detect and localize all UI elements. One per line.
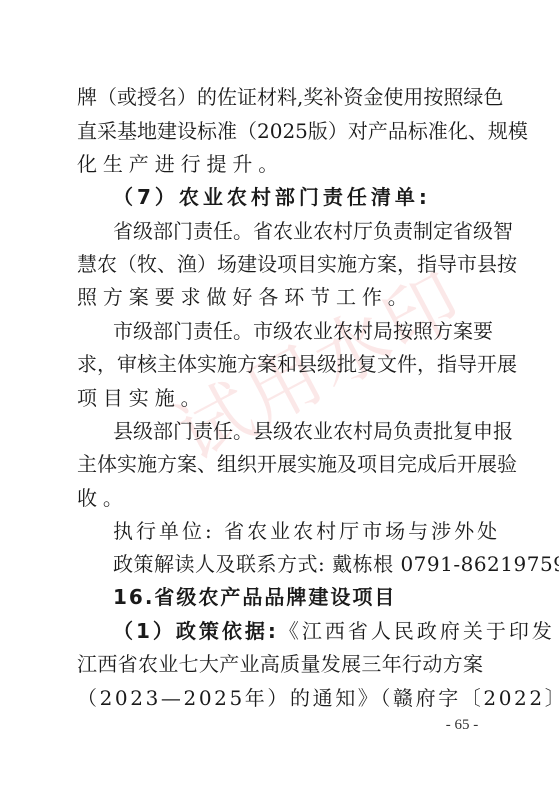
body-line: 照方案要求做好各环节工作。 xyxy=(77,282,483,312)
body-line: 收。 xyxy=(77,483,483,513)
policy-basis-line: （1）政策依据:《江西省人民政府关于印发 xyxy=(113,616,483,646)
document-page: 试用水印 牌（或授名）的佐证材料,奖补资金使用按照绿色 直采基地建设标准（202… xyxy=(0,0,559,793)
body-line: 求，审核主体实施方案和县级批复文件，指导开展 xyxy=(77,349,483,379)
body-line: 主体实施方案、组织开展实施及项目完成后开展验 xyxy=(77,449,483,479)
body-line: 牌（或授名）的佐证材料,奖补资金使用按照绿色 xyxy=(77,82,483,112)
body-line: 江西省农业七大产业高质量发展三年行动方案 xyxy=(77,649,483,679)
body-line: 慧农（牧、渔）场建设项目实施方案，指导市县按 xyxy=(77,249,483,279)
body-line: 项目实施。 xyxy=(77,383,483,413)
body-line: 直采基地建设标准（2025版）对产品标准化、规模 xyxy=(77,116,483,146)
section-heading-responsibility: （7）农业农村部门责任清单: xyxy=(113,182,483,212)
policy-basis-text: 《江西省人民政府关于印发 xyxy=(279,619,555,643)
section-heading-brand-project: 16.省级农产品品牌建设项目 xyxy=(113,582,483,612)
body-line: 省级部门责任。省农业农村厅负责制定省级智 xyxy=(113,216,483,246)
body-line: 化生产进行提升。 xyxy=(77,149,483,179)
body-line: 县级部门责任。县级农业农村局负责批复申报 xyxy=(113,416,483,446)
body-line: （2023—2025年）的通知》（赣府字〔2022〕45 xyxy=(77,683,483,713)
body-line: 市级部门责任。市级农业农村局按照方案要 xyxy=(113,316,483,346)
policy-basis-label: （1）政策依据: xyxy=(113,619,279,643)
page-number: - 65 - xyxy=(437,714,487,736)
policy-contact: 政策解读人及联系方式: 戴栋根 0791-86219759 xyxy=(113,549,483,579)
executing-unit: 执行单位: 省农业农村厅市场与涉外处 xyxy=(113,516,483,546)
